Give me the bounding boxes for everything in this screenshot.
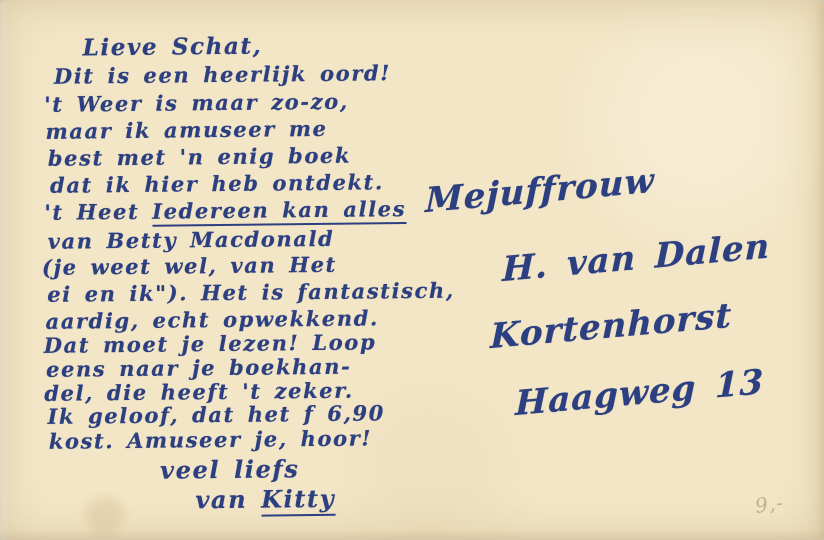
message-line: Ik geloof, dat het f 6,90 bbox=[47, 400, 385, 429]
postcard: Lieve Schat, Dit is een heerlijk oord! '… bbox=[0, 0, 824, 540]
address-line-street: Haagweg 13 bbox=[515, 362, 765, 424]
signature-prefix: van bbox=[195, 485, 261, 515]
message-line: 't Weer is maar zo-zo, bbox=[44, 89, 349, 117]
greeting-line: Lieve Schat, bbox=[83, 33, 263, 62]
closing-line: veel liefs bbox=[160, 454, 300, 484]
book-title-prefix: 't Heet bbox=[44, 199, 152, 225]
address-line-recipient-title: Mejuffrouw bbox=[425, 161, 655, 221]
message-line: dat ik hier heb ontdekt. bbox=[50, 169, 384, 197]
message-line: best met 'n enig boek bbox=[48, 143, 352, 171]
book-title-underlined: Iedereen kan alles bbox=[152, 196, 406, 227]
message-line: (je weet wel, van Het bbox=[42, 252, 337, 280]
signature-line: van Kitty bbox=[195, 484, 335, 514]
pencil-price-note: 9,- bbox=[753, 490, 785, 518]
message-line: ei en ik"). Het is fantastisch, bbox=[47, 278, 455, 307]
address-line-place: Kortenhorst bbox=[490, 296, 732, 357]
message-line: kost. Amuseer je, hoor! bbox=[49, 425, 373, 453]
message-line: maar ik amuseer me bbox=[45, 116, 327, 144]
book-title-line: 't Heet Iedereen kan alles bbox=[44, 196, 406, 225]
signature-name: Kitty bbox=[261, 484, 335, 517]
address-line-recipient-name: H. van Dalen bbox=[502, 226, 771, 290]
message-line: Dit is een heerlijk oord! bbox=[54, 60, 391, 89]
message-line: van Betty Macdonald bbox=[48, 226, 335, 254]
message-block: Lieve Schat, Dit is een heerlijk oord! '… bbox=[0, 0, 443, 540]
